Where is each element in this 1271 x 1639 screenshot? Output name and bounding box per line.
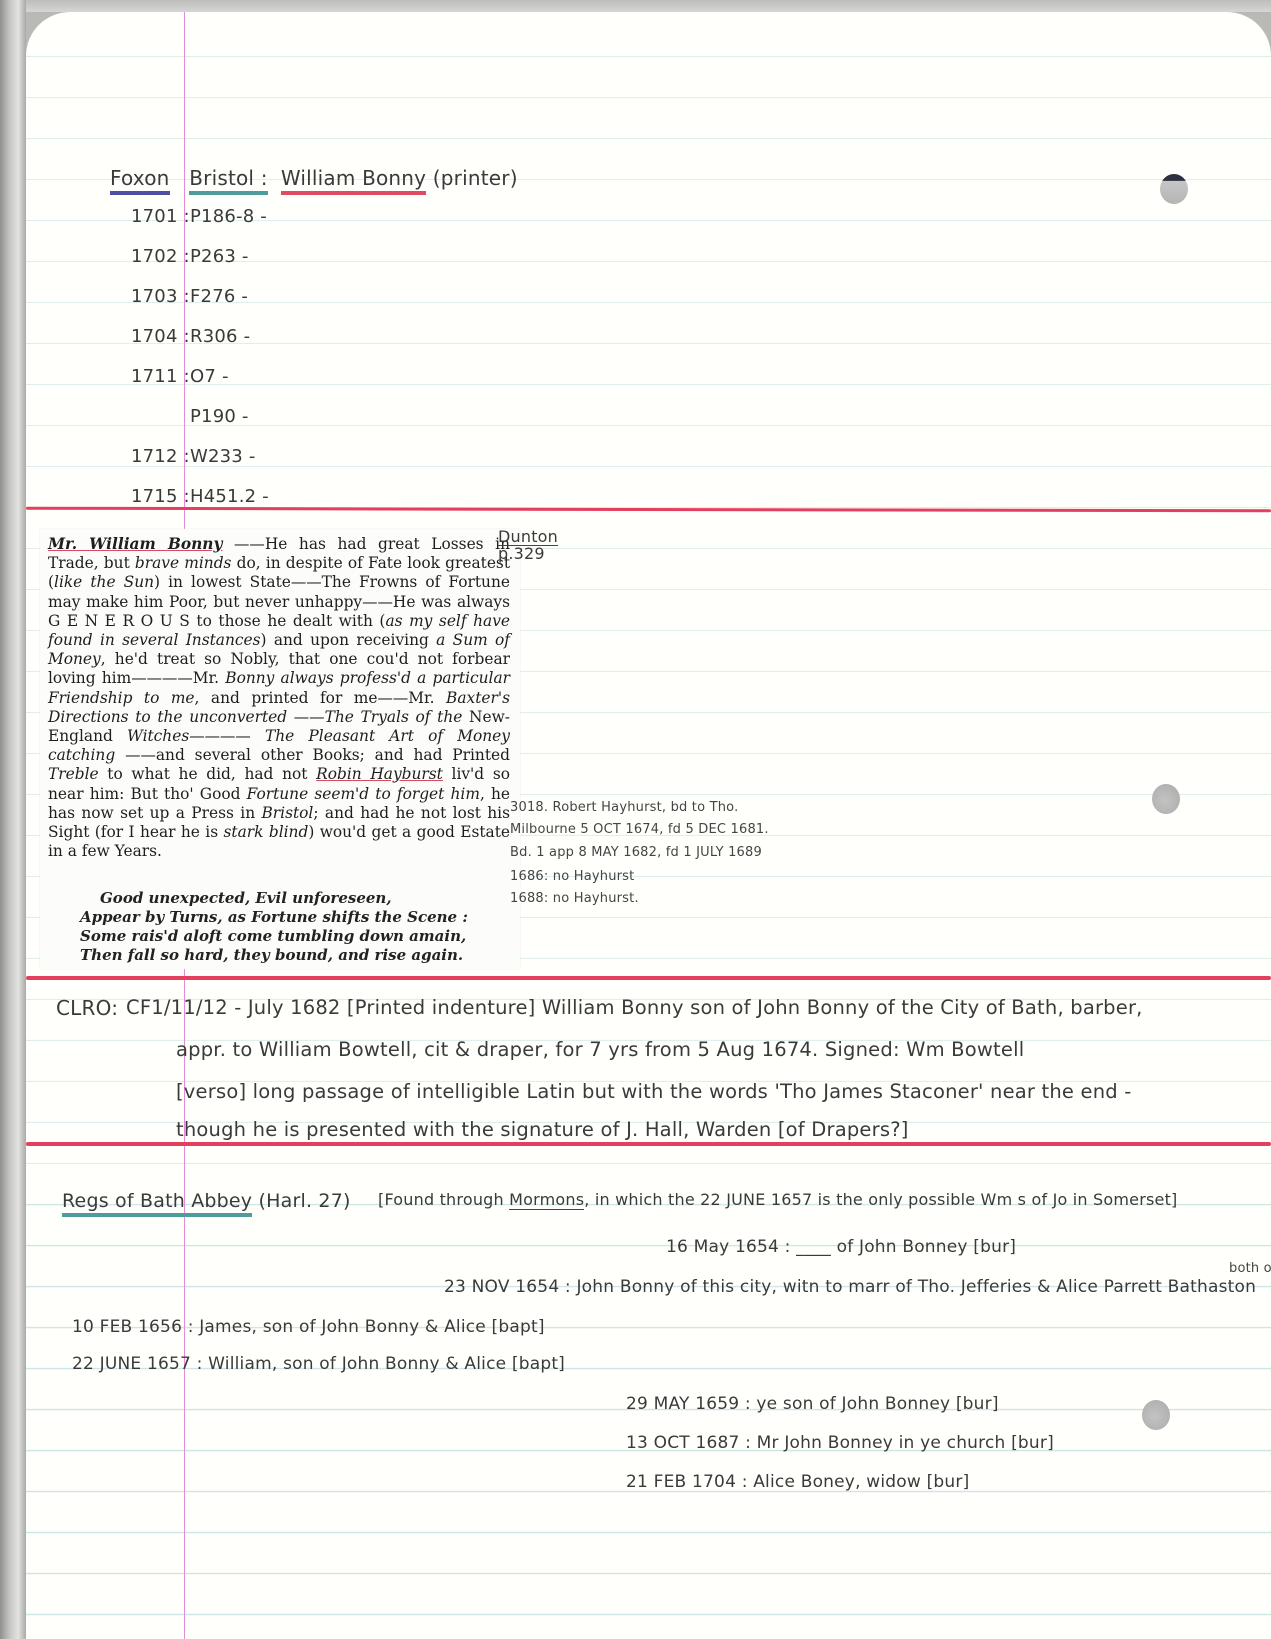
clipping-italic: Fortune seem'd to forget him — [247, 785, 480, 803]
foxon-year: 1704 : — [131, 326, 183, 347]
bath-abbey-note: [Found through Mormons, in which the 22 … — [378, 1190, 1178, 1209]
foxon-heading: Foxon Bristol : William Bonny (printer) — [110, 166, 518, 190]
bath-abbey-title: Regs of Bath Abbey — [62, 1190, 252, 1217]
clro-line: though he is presented with the signatur… — [176, 1118, 909, 1141]
verse-line: Then fall so hard, they bound, and rise … — [80, 946, 500, 965]
clipping-paragraph: Mr. William Bonny ——He has had great Los… — [48, 535, 510, 861]
foxon-year: 1711 : — [131, 366, 183, 387]
foxon-ref: H451.2 - — [190, 486, 269, 507]
note-mormons: Mormons — [509, 1190, 584, 1210]
note-suffix: , in which the 22 JUNE 1657 is the only … — [584, 1190, 1177, 1209]
clipping-text: , and printed for me——Mr. — [195, 689, 447, 707]
hayhurst-line: Bd. 1 app 8 MAY 1682, fd 1 JULY 1689 — [510, 845, 762, 860]
section-divider — [26, 507, 1271, 513]
foxon-year: 1703 : — [131, 286, 183, 307]
clipping-verse: Good unexpected, Evil unforeseen,Appear … — [80, 889, 500, 965]
clipping-italic: Robin Hayburst — [316, 765, 443, 783]
bath-abbey-entry: 21 FEB 1704 : Alice Boney, widow [bur] — [626, 1472, 969, 1492]
bath-abbey-entry: 16 May 1654 : ____ of John Bonney [bur] — [666, 1237, 1016, 1257]
hayhurst-line: 1686: no Hayhurst — [510, 869, 634, 884]
note-prefix: [Found through — [378, 1190, 509, 1209]
bath-abbey-entry: 10 FEB 1656 : James, son of John Bonny &… — [72, 1317, 545, 1337]
foxon-year: 1712 : — [131, 446, 183, 467]
clro-line: [verso] long passage of intelligible Lat… — [176, 1080, 1132, 1103]
bath-abbey-entry: 22 JUNE 1657 : William, son of John Bonn… — [72, 1354, 565, 1374]
clipping-italic: Treble — [48, 765, 99, 783]
foxon-ref: P263 - — [190, 246, 249, 267]
foxon-ref: F276 - — [190, 286, 248, 307]
foxon-year: 1702 : — [131, 246, 183, 267]
bath-abbey-aside: both of — [1229, 1261, 1271, 1276]
foxon-source: Foxon — [110, 166, 170, 195]
hayhurst-line: 1688: no Hayhurst. — [510, 891, 639, 906]
clipping-italic: Witches — [127, 727, 189, 745]
punch-hole-top — [1160, 174, 1188, 204]
clro-label: CLRO: — [56, 996, 118, 1020]
punch-hole-bottom — [1142, 1400, 1170, 1430]
clipping-italic: like the Sun — [54, 573, 154, 591]
scanner-bed-edge — [0, 0, 26, 1639]
clipping-text: ———— — [189, 727, 265, 745]
clipping-italic: stark blind — [224, 823, 309, 841]
clipping-text: to what he did, had not — [99, 765, 317, 783]
foxon-year: 1701 : — [131, 206, 183, 227]
foxon-ref: P190 - — [190, 406, 249, 427]
section-divider — [26, 976, 1271, 980]
bath-abbey-heading: Regs of Bath Abbey (Harl. 27) — [62, 1190, 351, 1212]
bath-abbey-entry: 13 OCT 1687 : Mr John Bonney in ye churc… — [626, 1433, 1054, 1453]
dunton-page: p.329 — [498, 546, 558, 562]
notebook-page: Foxon Bristol : William Bonny (printer) … — [26, 12, 1271, 1639]
foxon-printer-name: William Bonny — [281, 166, 426, 195]
clro-line: appr. to William Bowtell, cit & draper, … — [176, 1038, 1024, 1061]
foxon-ref: P186-8 - — [190, 206, 267, 227]
dunton-reference: Dunton p.329 — [498, 529, 558, 562]
hayhurst-line: Milbourne 5 OCT 1674, fd 5 DEC 1681. — [510, 822, 769, 837]
clipping-italic: Bristol — [261, 804, 313, 822]
foxon-ref: W233 - — [190, 446, 256, 467]
verse-line: Appear by Turns, as Fortune shifts the S… — [80, 908, 500, 927]
clipping-text: ——and several other Books; and had Print… — [115, 746, 510, 764]
bath-abbey-entry: 23 NOV 1654 : John Bonny of this city, w… — [444, 1277, 1256, 1297]
foxon-place: Bristol : — [189, 166, 267, 195]
foxon-role: (printer) — [433, 166, 518, 190]
foxon-ref: O7 - — [190, 366, 229, 387]
clipping-italic: The Tryals of the — [325, 708, 463, 726]
punch-hole-middle — [1152, 784, 1180, 814]
scanner-bed-top — [0, 0, 1271, 12]
foxon-year: 1715 : — [131, 486, 183, 507]
bath-abbey-entry: 29 MAY 1659 : ye son of John Bonney [bur… — [626, 1394, 999, 1414]
clipping-text: —— — [287, 708, 324, 726]
clipping-text: ) and upon receiving — [261, 631, 437, 649]
clro-line: CF1/11/12 - July 1682 [Printed indenture… — [126, 996, 1143, 1019]
verse-line: Good unexpected, Evil unforeseen, — [80, 889, 500, 908]
hayhurst-line: 3018. Robert Hayhurst, bd to Tho. — [510, 800, 738, 815]
clipping-italic: brave minds — [135, 554, 232, 572]
bath-abbey-ref: (Harl. 27) — [259, 1190, 351, 1212]
dunton-clipping: Mr. William Bonny ——He has had great Los… — [40, 529, 520, 969]
verse-line: Some rais'd aloft come tumbling down ama… — [80, 927, 500, 946]
section-divider — [26, 1142, 1271, 1146]
clipping-lead-name: Mr. William Bonny — [48, 535, 222, 553]
foxon-ref: R306 - — [190, 326, 250, 347]
